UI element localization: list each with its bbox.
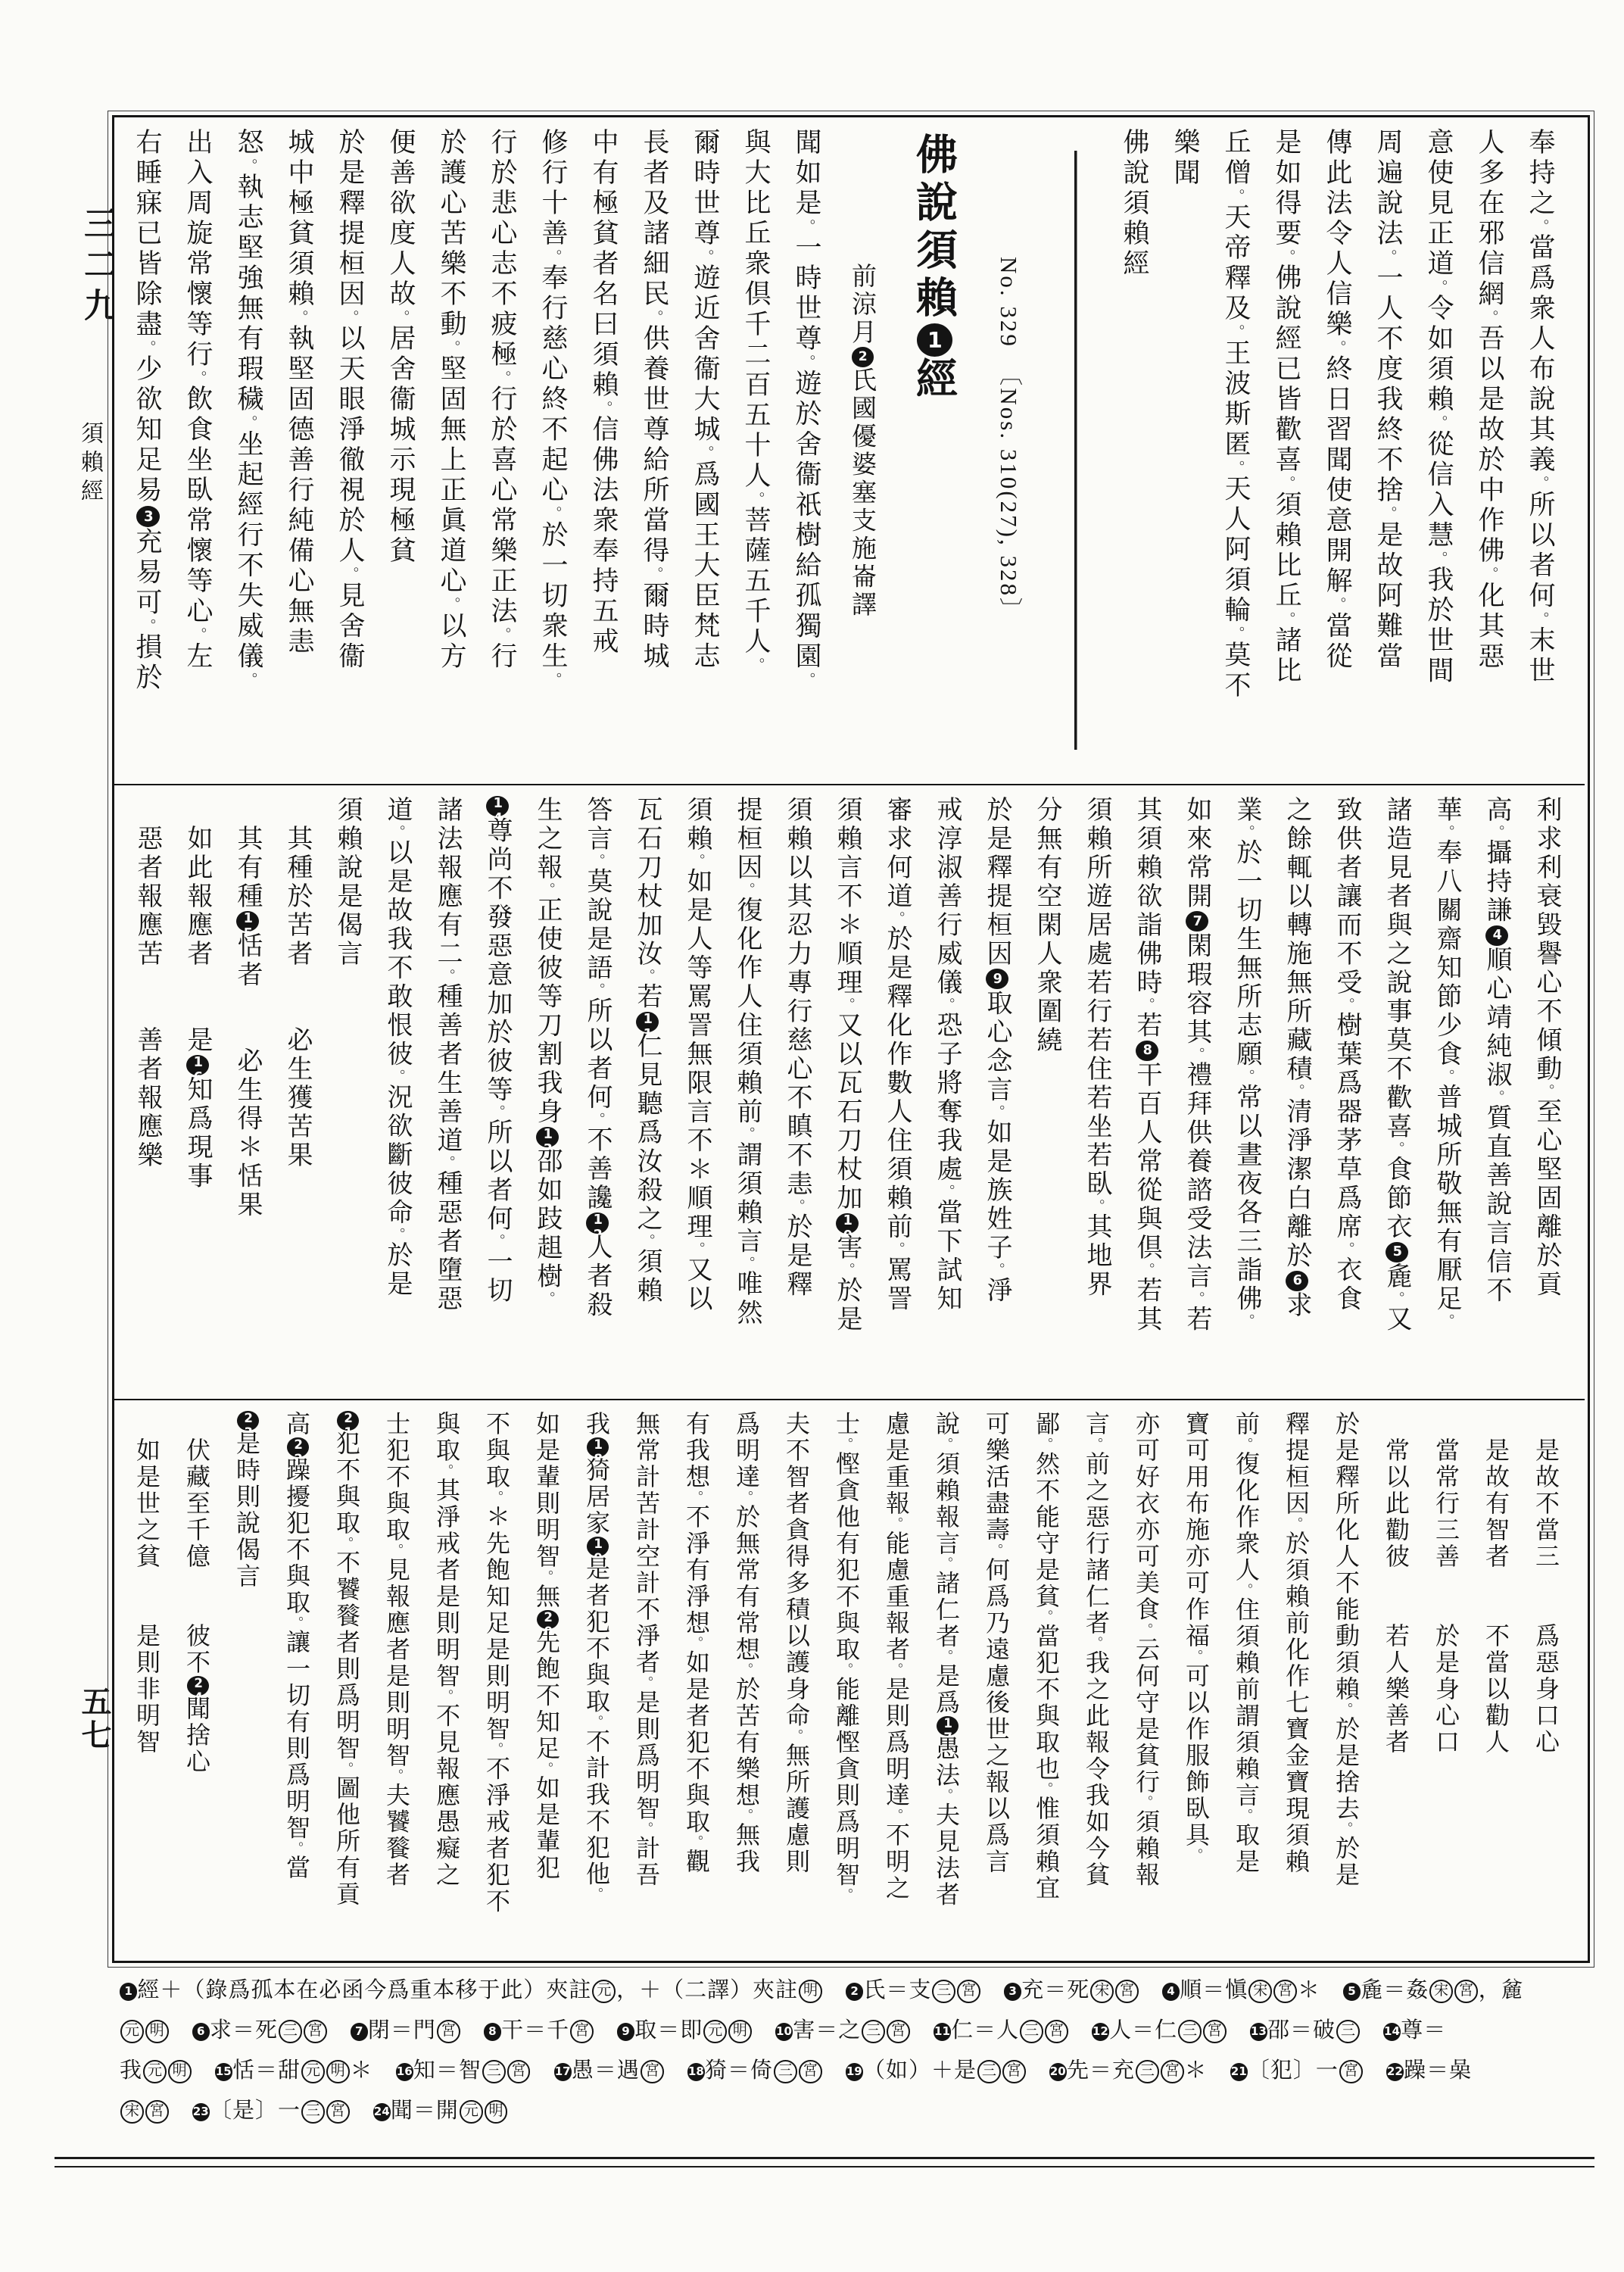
apparatus-line: 我元明 15恬＝甜元明＊ 16知＝智三宮 17愚＝遇宮 18猗＝倚三宮 19（如…	[120, 2051, 1581, 2091]
apparatus-line: 宋宮 23〔是〕一三宮 24聞＝開元明	[120, 2091, 1581, 2131]
text-column: 戒淳淑善行威儀。恐子將奪我處。當下試知	[921, 796, 971, 1394]
footnote-marker: 16	[396, 2063, 413, 2080]
text-column: 諸造見者與之說事莫不歡喜。食節衣5麁。又	[1371, 796, 1421, 1394]
band-middle: 利求利衰毀譽心不傾動。至心堅固離於貢高。攝持謙4順心靖純淑。質直善說言信不華。奉…	[114, 784, 1585, 1399]
edition-mark: 宮	[437, 2020, 460, 2043]
text-column: 佛說須賴經	[1109, 128, 1160, 779]
footnote-marker: 22	[1386, 2063, 1404, 2080]
footnote-marker: 13	[1250, 2023, 1267, 2040]
text-column: 答言。莫說是語。所以者何。不善讒12人者殺	[572, 796, 622, 1394]
footnote-marker: 24	[373, 2103, 391, 2121]
footnote-marker: 2	[852, 347, 874, 367]
text-column: 於是釋提桓因9取心念言。如是族姓子。淨	[971, 796, 1021, 1394]
text-column: 亦可好衣亦可美食。云何守是貧行。須賴報	[1121, 1411, 1171, 1955]
text-column: 城中極貧須賴。執堅固德善行純備心無恚	[274, 128, 325, 779]
text-column: 華。奉八關齋知節少食。普城所敬無有厭足。	[1421, 796, 1471, 1394]
edition-mark: 宮	[1339, 2060, 1363, 2083]
band-lower: 是故不當三 爲惡身口心 是故有智者 不當以勸人 當常行三善 於是身心口 常以此勸…	[114, 1399, 1585, 1959]
verse-column: 如此報應者 是16知爲現事	[172, 796, 222, 1394]
text-column: 高22躁擾犯不與取。讓一切有則爲明智。當	[272, 1411, 322, 1955]
text-column: 釋提桓因。於須賴前化作七寶金寶現須賴	[1271, 1411, 1321, 1955]
edition-mark: 宋	[1429, 1980, 1453, 2003]
edition-mark: 三	[1336, 2020, 1360, 2043]
text-column: 出入周旋常懷等行。飲食坐臥常懷等心。左	[173, 128, 223, 779]
edition-mark: 元	[592, 1980, 616, 2003]
footnote-marker: 1	[917, 323, 952, 357]
scanned-sutra-page: 三二九 須賴經 五七 奉持之。當爲衆人布說其義。所以者何。末世人多在邪信網。吾以…	[0, 0, 1624, 2272]
text-column: 審求何道。於是釋化作數人住須賴前。罵詈	[871, 796, 921, 1394]
text-column: 21犯不與取。不饕餮者則爲明智。圖他所有貢	[322, 1411, 372, 1955]
edition-mark: 宮	[1161, 2060, 1184, 2083]
footnote-marker: 11	[934, 2023, 951, 2040]
band-upper: 奉持之。當爲衆人布說其義。所以者何。末世人多在邪信網。吾以是故於中作佛。化其惡意…	[114, 117, 1579, 784]
text-column: 須賴說是偈言	[322, 796, 372, 1394]
footnote-marker: 16	[186, 1055, 209, 1075]
text-column: 如是輩則明智。無20先飽不知足。如是輩犯	[522, 1411, 572, 1955]
text-column: 鄙。然不能守是貧。當犯不與取也。惟須賴宜	[1021, 1411, 1071, 1955]
footnote-marker: 12	[1092, 2023, 1109, 2040]
edition-mark: 明	[145, 2020, 169, 2043]
edition-mark: 宮	[641, 2060, 664, 2083]
text-column: 生之報。正使彼等刀割我身13邵如跂趄樹。	[522, 796, 572, 1394]
verse-column: 常以此勸彼 若人樂善者	[1371, 1411, 1421, 1955]
footnote-marker: 19	[846, 2063, 863, 2080]
edition-mark: 宋	[1090, 1980, 1114, 2003]
footnote-marker: 17	[554, 2063, 572, 2080]
verse-column: 其種於苦者 必生獲苦果	[272, 796, 322, 1394]
text-column: 提桓因。復化作人住須賴前。謂須賴言。唯然	[722, 796, 771, 1394]
text-column: 須賴言不＊順理。又以瓦石刀杖加10害。於是	[821, 796, 871, 1394]
footnote-marker: 20	[537, 1610, 558, 1630]
edition-mark: 明	[485, 2100, 508, 2124]
text-column: 我18猗居家19是者犯不與取。不計我不犯他。	[572, 1411, 622, 1955]
text-column: 利求利衰毀譽心不傾動。至心堅固離於貢	[1521, 796, 1571, 1394]
text-column: 不與取。＊先飽知足是則明智。不淨戒者犯不	[472, 1411, 522, 1955]
text-column: 道。以是故我不敢恨彼。況欲斷彼命。於是	[372, 796, 422, 1394]
text-column: 與大比丘衆倶千二百五十人。菩薩五千人。	[731, 128, 781, 779]
edition-mark: 宮	[507, 2060, 531, 2083]
edition-mark: 宮	[957, 1980, 980, 2003]
edition-mark: 宮	[326, 2100, 350, 2124]
text-column: 如來常開7閑瑕容其。禮拜供養諮受法言。若	[1171, 796, 1221, 1394]
margin-sutra-title: 須賴經	[73, 421, 106, 507]
footnote-marker: 5	[1386, 1242, 1408, 1262]
edition-mark: 三	[482, 2060, 506, 2083]
edition-mark: 三	[977, 2060, 1001, 2083]
verse-column: 是故有智者 不當以勸人	[1471, 1411, 1521, 1955]
footnote-marker: 4	[1485, 925, 1508, 946]
apparatus-footnotes: 1經＋（錄爲孤本在必函今爲重本移于此）夾註元，＋（二譯）夾註明 2氏＝支三宮 3…	[120, 1971, 1581, 2131]
text-column: 爾時世尊。遊近舍衞大城。爲國王大臣梵志	[680, 128, 731, 779]
edition-mark: 明	[728, 2020, 752, 2043]
verse-column: 如是世之貧 是則非明智	[122, 1411, 172, 1955]
text-column: 有我想。不淨有淨想。如是者犯不與取。觀	[672, 1411, 722, 1955]
edition-mark: 三	[301, 2100, 325, 2124]
footnote-marker: 22	[287, 1437, 308, 1457]
text-column: 其須賴欲詣佛時。若8干百人常從與倶。若其	[1121, 796, 1171, 1394]
footnote-marker: 18	[687, 2063, 705, 2080]
text-column: 於是釋所化人不能動須賴。於是捨去。於是	[1321, 1411, 1371, 1955]
footnote-marker: 24	[187, 1676, 208, 1696]
edition-mark: 元	[120, 2020, 144, 2043]
footnote-marker: 12	[586, 1212, 609, 1233]
verse-column: 當常行三善 於是身心口	[1421, 1411, 1471, 1955]
taisho-number-line: No. 329 〔Nos. 310(27), 328〕	[974, 128, 1043, 779]
footnote-marker: 9	[617, 2023, 634, 2040]
footnote-marker: 11	[636, 1012, 659, 1032]
text-column: 右睡寐已皆除盡。少欲知足易3充易可。損於	[122, 128, 173, 779]
text-column: 爲明達。於無常有常想。於苦有樂想。無我	[722, 1411, 771, 1955]
footnote-marker: 13	[536, 1127, 559, 1147]
edition-mark: 宮	[304, 2020, 327, 2043]
edition-mark: 明	[326, 2060, 350, 2083]
text-column: 與取。其淨戒者是則明智。不見報應愚癡之	[422, 1411, 472, 1955]
apparatus-line: 元明 6求＝死三宮 7閉＝門宮 8干＝千宮 9取＝即元明 10害＝之三宮 11仁…	[120, 2011, 1581, 2051]
text-column: 前。復化作衆人。住須賴前謂須賴言。取是	[1221, 1411, 1271, 1955]
text-column: 可樂活盡壽。何爲乃遠慮後世之報以爲言	[971, 1411, 1021, 1955]
text-column: 丘僧。天帝釋及。王波斯匿。天人阿須輪。莫不	[1211, 128, 1261, 779]
verse-column: 惡者報應苦 善者報應樂	[122, 796, 172, 1394]
text-column: 聞如是。一時世尊。遊於舍衞祇樹給孤獨園。	[781, 128, 832, 779]
text-column: 說。須賴報言。諸仁者。是爲17愚法。夫見法者	[921, 1411, 971, 1955]
verse-column: 其有種15恬者 必生得＊恬果	[222, 796, 272, 1394]
text-column: 修行十善。奉行慈心終不起心。於一切衆生。	[528, 128, 578, 779]
footnote-marker: 20	[1049, 2063, 1067, 2080]
edition-mark: 三	[1136, 2060, 1159, 2083]
text-column: 傳此法令人信樂。終日習聞使意開解。當從	[1312, 128, 1363, 779]
footnote-marker: 10	[836, 1213, 859, 1234]
footnote-marker: 17	[937, 1716, 958, 1736]
text-column: 須賴所遊居處若行若住若坐若臥。其地界	[1071, 796, 1121, 1394]
edition-mark: 宮	[1115, 1980, 1139, 2003]
footnote-marker: 6	[192, 2023, 210, 2040]
text-column: 寶可用布施亦可作福。可以作服飾臥具。	[1171, 1411, 1221, 1955]
footnote-marker: 23	[192, 2103, 210, 2121]
edition-mark: 元	[143, 2060, 167, 2083]
footnote-marker: 2	[846, 1983, 863, 2000]
edition-mark: 宮	[570, 2020, 594, 2043]
text-column: 中有極貧者名曰須賴。信佛法衆奉持五戒	[578, 128, 629, 779]
edition-mark: 元	[460, 2100, 483, 2124]
edition-mark: 宮	[887, 2020, 910, 2043]
footnote-marker: 18	[587, 1437, 608, 1457]
translator-line: 前涼月2氏國優婆塞支施崙譯	[832, 128, 891, 779]
text-column: 業。於一切生無所志願。常以晝夜各三詣佛。	[1221, 796, 1271, 1394]
footnote-marker: 1	[120, 1983, 137, 2000]
footnote-marker: 15	[215, 2063, 232, 2080]
footnote-marker: 21	[1230, 2063, 1248, 2080]
footnote-marker: 14	[486, 796, 509, 816]
verse-column: 是故不當三 爲惡身口心	[1521, 1411, 1571, 1955]
edition-mark: 三	[279, 2020, 302, 2043]
edition-mark: 三	[774, 2060, 797, 2083]
footnote-marker: 4	[1162, 1983, 1180, 2000]
footnote-marker: 3	[1004, 1983, 1021, 2000]
text-column: 行於悲心志不疲極。行於喜心常樂正法。行	[477, 128, 528, 779]
footnote-marker: 19	[587, 1537, 608, 1556]
footnote-marker: 6	[1286, 1271, 1308, 1291]
footnote-marker: 8	[484, 2023, 501, 2040]
text-column: 23是時則說偈言	[222, 1411, 272, 1955]
edition-mark: 宮	[1454, 1980, 1478, 2003]
text-column: 高。攝持謙4順心靖純淑。質直善說言信不	[1471, 796, 1521, 1394]
text-column: 長者及諸細民。供養世尊給所當得。爾時城	[629, 128, 680, 779]
footnote-marker: 23	[237, 1411, 258, 1431]
edition-mark: 三	[1178, 2020, 1202, 2043]
footnote-marker: 21	[337, 1411, 358, 1431]
bottom-double-rule	[55, 2157, 1594, 2167]
edition-mark: 明	[168, 2060, 192, 2083]
text-column: 士犯不與取。見報應者是則明智。夫饕餮者	[372, 1411, 422, 1955]
apparatus-line: 1經＋（錄爲孤本在必函今爲重本移于此）夾註元，＋（二譯）夾註明 2氏＝支三宮 3…	[120, 1971, 1581, 2011]
footnote-marker: 3	[136, 506, 160, 527]
text-column: 致供者讓而不受。樹葉爲器茅草爲席。衣食	[1321, 796, 1371, 1394]
footnote-marker: 7	[1186, 911, 1208, 932]
text-column: 須賴。如是人等罵詈無限言不＊順理。又以	[672, 796, 722, 1394]
text-column: 士。慳貪他有犯不與取。能離慳貪則爲明智。	[821, 1411, 871, 1955]
text-column: 無常計苦計空計不淨者。是則爲明智。計吾	[622, 1411, 672, 1955]
footnote-marker: 10	[775, 2023, 793, 2040]
margin-folio-number: 五七	[73, 1686, 116, 1752]
edition-mark: 三	[1020, 2020, 1043, 2043]
sutra-title: 佛說須賴1經	[891, 128, 974, 779]
text-column: 諸法報應有二。種善者生善道。種惡者墮惡	[422, 796, 472, 1394]
edition-mark: 明	[799, 1980, 822, 2003]
text-column: 人多在邪信網。吾以是故於中作佛。化其惡	[1464, 128, 1515, 779]
text-column: 14尊尚不發惡意加於彼等。所以者何。一切	[472, 796, 522, 1394]
edition-mark: 宋	[120, 2100, 144, 2124]
footnote-marker: 9	[986, 969, 1008, 989]
text-column: 便善欲度人故。居舍衞城示現極貧	[376, 128, 426, 779]
edition-mark: 宮	[1045, 2020, 1068, 2043]
text-column: 瓦石刀杖加汝。若11仁見聽爲汝殺之。須賴	[622, 796, 672, 1394]
footnote-marker: 7	[351, 2023, 368, 2040]
text-column: 是如得要。佛說經已皆歡喜。須賴比丘。諸比	[1261, 128, 1312, 779]
text-column: 夫不智者貪得多積以護身命。無所護慮則	[771, 1411, 821, 1955]
text-column: 奉持之。當爲衆人布說其義。所以者何。末世	[1515, 128, 1566, 779]
text-column: 意使見正道。令如須賴。從信入慧。我於世間	[1414, 128, 1464, 779]
text-column: 於護心苦樂不動。堅固無上正眞道心。以方	[426, 128, 477, 779]
text-column: 須賴以其忍力專行慈心不瞋不恚。於是釋	[771, 796, 821, 1394]
text-column: 於是釋提桓因。以天眼淨徹視於人。見舍衞	[325, 128, 376, 779]
text-column: 分無有空閑人衆圍繞	[1021, 796, 1071, 1394]
edition-mark: 宮	[799, 2060, 822, 2083]
edition-mark: 元	[301, 2060, 325, 2083]
text-column: 怒。執志堅強無有瑕穢。坐起經行不失威儀。	[223, 128, 274, 779]
verse-column: 伏藏至千億 彼不24聞捨心	[172, 1411, 222, 1955]
edition-mark: 宮	[1002, 2060, 1026, 2083]
footnote-marker: 14	[1383, 2023, 1401, 2040]
edition-mark: 宮	[1273, 1980, 1297, 2003]
text-column: 慮是重報。能慮重報者。是則爲明達。不明之	[871, 1411, 921, 1955]
footnote-marker: 5	[1343, 1983, 1361, 2000]
text-column: 言。前之惡行諸仁者。我之此報令我如今貧	[1071, 1411, 1121, 1955]
edition-mark: 元	[703, 2020, 727, 2043]
edition-mark: 三	[932, 1980, 955, 2003]
footnote-marker: 15	[236, 911, 259, 932]
edition-mark: 宮	[1203, 2020, 1227, 2043]
text-column: 樂聞	[1160, 128, 1211, 779]
edition-mark: 三	[862, 2020, 885, 2043]
edition-mark: 宋	[1248, 1980, 1272, 2003]
section-divider-rule	[1043, 151, 1109, 750]
text-column: 周遍說法。一人不度我終不捨。是故阿難當	[1363, 128, 1414, 779]
text-column: 之餘輒以轉施無所藏積。清淨潔白離於6求	[1271, 796, 1321, 1394]
text-frame: 奉持之。當爲衆人布說其義。所以者何。末世人多在邪信網。吾以是故於中作佛。化其惡意…	[112, 115, 1590, 1963]
edition-mark: 宮	[145, 2100, 169, 2124]
footnote-marker: 8	[1136, 1041, 1158, 1061]
